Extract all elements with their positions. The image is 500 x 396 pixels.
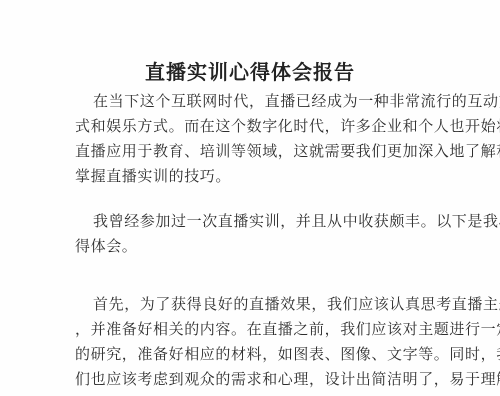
text-line: 们也应该考虑到观众的需求和心理，设计出简洁明了，易于理解 bbox=[75, 367, 427, 392]
text-line: 式和娱乐方式。而在这个数字化时代，许多企业和个人也开始将 bbox=[75, 114, 427, 139]
document-title: 直播实训心得体会报告 bbox=[0, 60, 500, 84]
text-line: ，并准备好相关的内容。在直播之前，我们应该对主题进行一定 bbox=[75, 317, 427, 342]
text-line: 在当下这个互联网时代，直播已经成为一种非常流行的互动方 bbox=[75, 89, 427, 114]
text-line: 首先，为了获得良好的直播效果，我们应该认真思考直播主题 bbox=[75, 292, 427, 317]
paragraph-experience: 我曾经参加过一次直播实训，并且从中收获颇丰。以下是我心 得体会。 bbox=[75, 209, 427, 259]
text-line: 我曾经参加过一次直播实训，并且从中收获颇丰。以下是我心 bbox=[75, 209, 427, 234]
text-line: 掌握直播实训的技巧。 bbox=[75, 164, 427, 189]
paragraph-intro: 在当下这个互联网时代，直播已经成为一种非常流行的互动方 式和娱乐方式。而在这个数… bbox=[75, 89, 427, 189]
text-line: 直播应用于教育、培训等领域，这就需要我们更加深入地了解和 bbox=[75, 139, 427, 164]
document-page: 直播实训心得体会报告 在当下这个互联网时代，直播已经成为一种非常流行的互动方 式… bbox=[0, 0, 500, 396]
text-line: 得体会。 bbox=[75, 234, 427, 259]
text-line: 的研究，准备好相应的材料，如图表、图像、文字等。同时，我 bbox=[75, 342, 427, 367]
paragraph-first-point: 首先，为了获得良好的直播效果，我们应该认真思考直播主题 ，并准备好相关的内容。在… bbox=[75, 292, 427, 392]
